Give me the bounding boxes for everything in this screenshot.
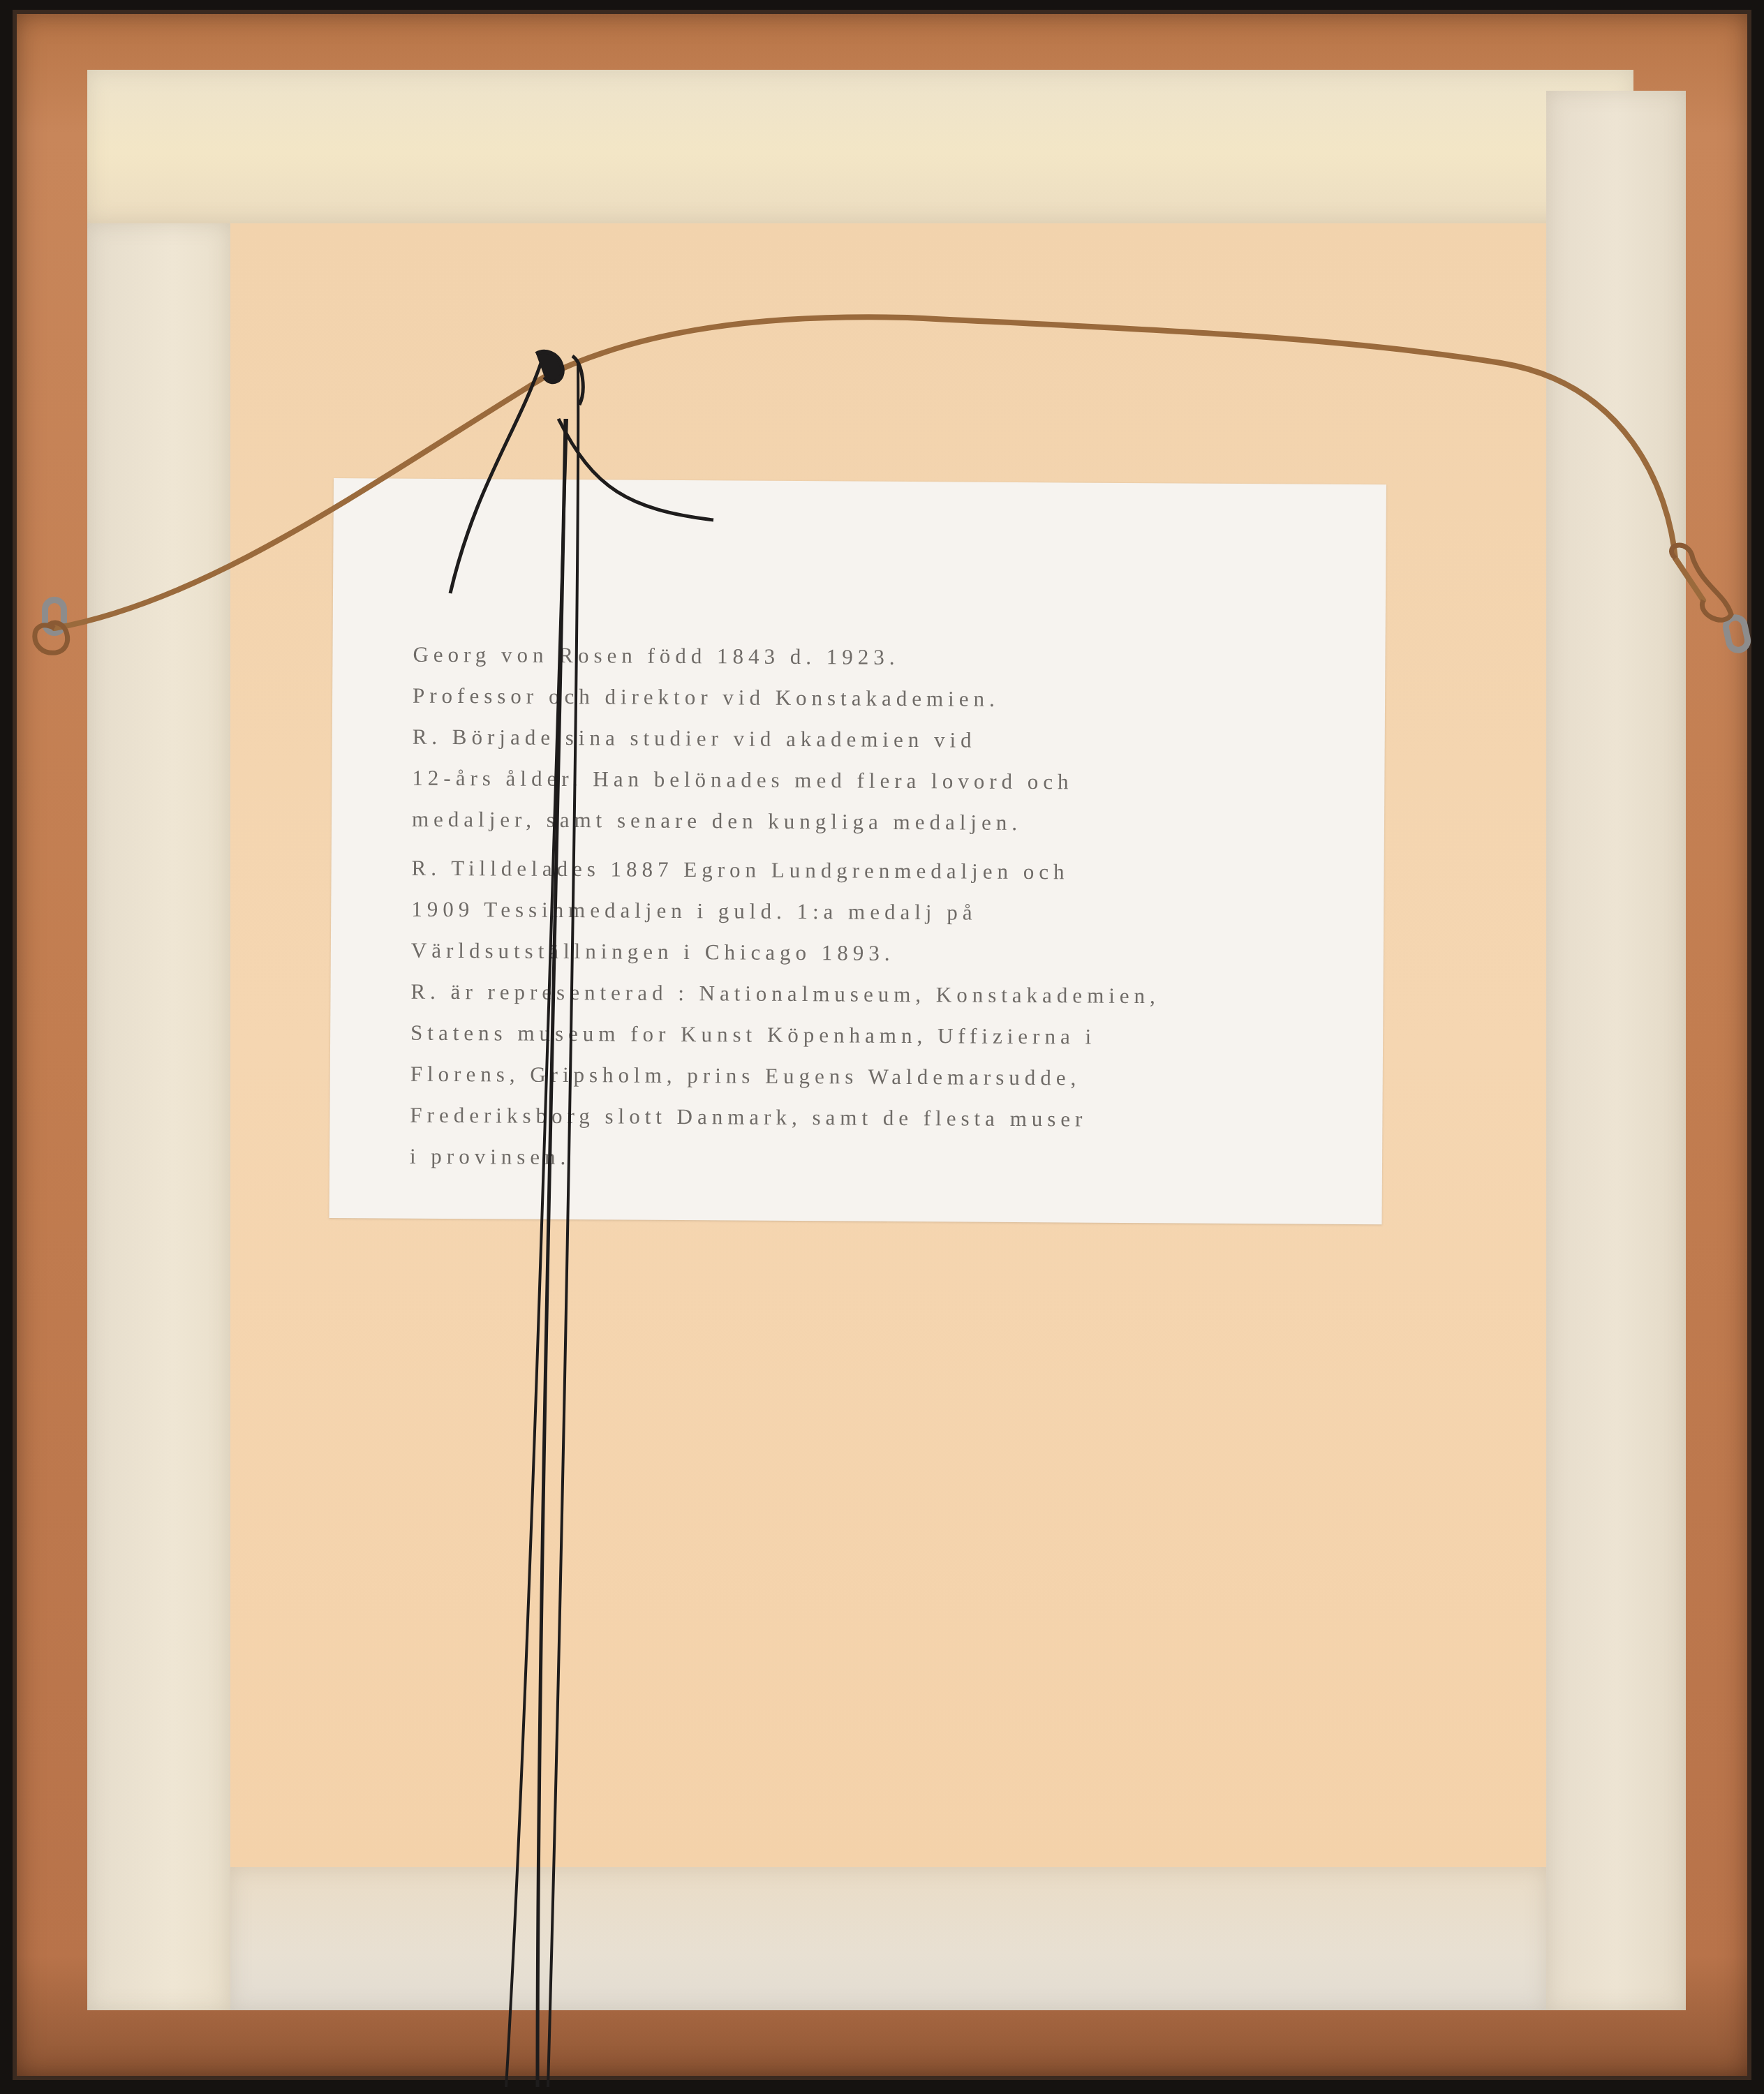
wire-and-string bbox=[0, 0, 1764, 2094]
string-strand bbox=[506, 419, 567, 2087]
string-strand bbox=[558, 419, 713, 520]
wire-loop-right bbox=[1671, 545, 1731, 620]
string-strand bbox=[450, 363, 541, 593]
hanging-wire bbox=[54, 317, 1703, 628]
wire-loop-left bbox=[35, 623, 68, 653]
